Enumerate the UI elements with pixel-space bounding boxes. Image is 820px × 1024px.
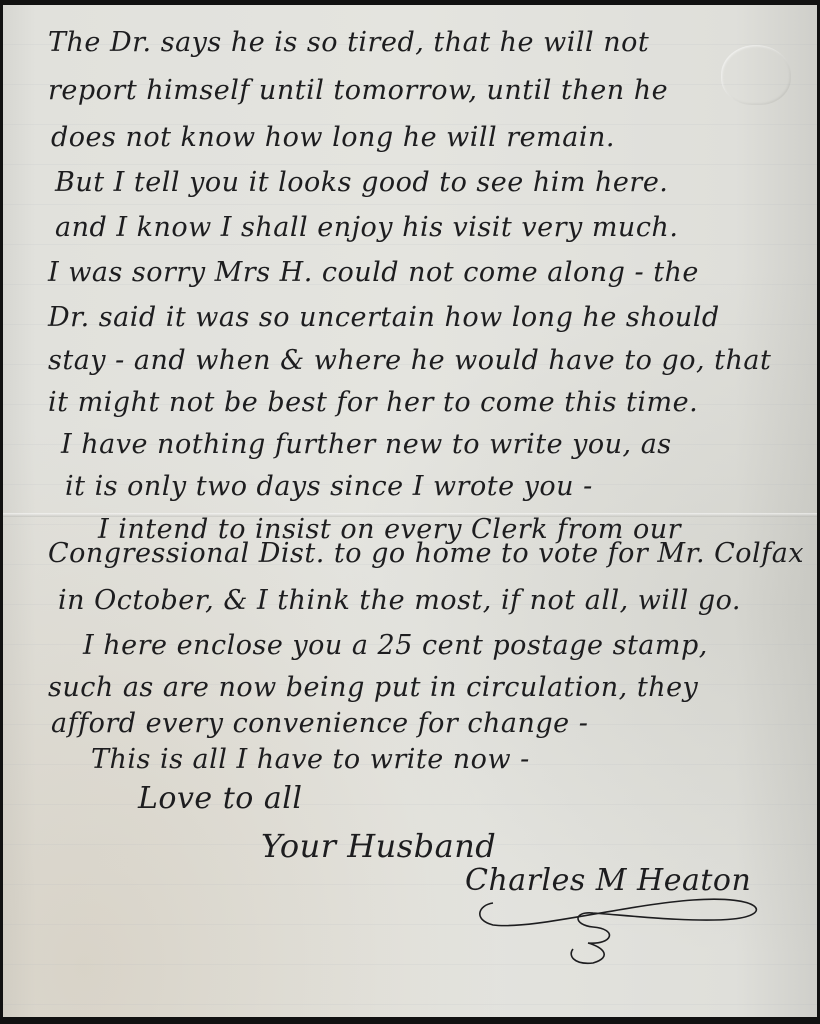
letter-line-9: it might not be best for her to come thi… (48, 387, 698, 418)
letter-line-7: Dr. said it was so uncertain how long he… (48, 302, 720, 333)
letter-line-14: in October, & I think the most, if not a… (58, 585, 741, 616)
letter-line-11: it is only two days since I wrote you - (65, 471, 593, 502)
signature-flourish-icon (473, 885, 773, 965)
closing: Love to all (138, 781, 302, 816)
letter-page: The Dr. says he is so tired, that he wil… (3, 5, 817, 1017)
valediction: Your Husband (261, 827, 496, 865)
letter-line-1: The Dr. says he is so tired, that he wil… (48, 27, 649, 58)
letter-line-17: afford every convenience for change - (51, 708, 588, 739)
letter-line-10: I have nothing further new to write you,… (61, 429, 672, 460)
letter-line-15: I here enclose you a 25 cent postage sta… (83, 630, 708, 661)
letter-line-16: such as are now being put in circulation… (48, 672, 698, 703)
letter-line-18: This is all I have to write now - (91, 744, 530, 775)
letter-line-5: and I know I shall enjoy his visit very … (55, 212, 678, 243)
letter-line-13: Congressional Dist. to go home to vote f… (48, 538, 804, 569)
embossed-stamp-mark (721, 45, 791, 105)
letter-line-3: does not know how long he will remain. (51, 122, 615, 153)
letter-line-4: But I tell you it looks good to see him … (55, 167, 668, 198)
letter-line-2: report himself until tomorrow, until the… (48, 75, 668, 106)
letter-line-6: I was sorry Mrs H. could not come along … (48, 257, 699, 288)
letter-line-8: stay - and when & where he would have to… (48, 345, 771, 376)
